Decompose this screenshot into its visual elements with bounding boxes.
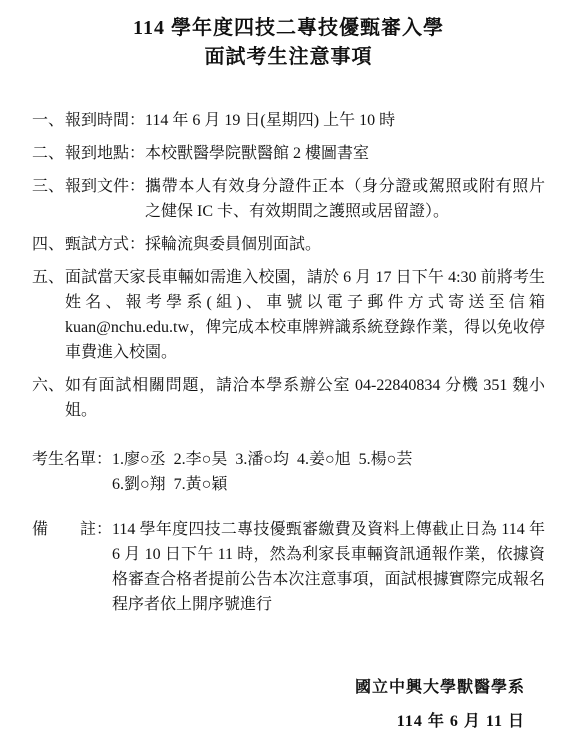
roster-line-1: 1.廖○丞 2.李○昊 3.潘○均 4.姜○旭 5.楊○芸 <box>112 447 545 472</box>
item-label: 報到時間： <box>65 108 145 133</box>
item-number: 二、 <box>32 141 65 166</box>
footer-date: 114 年 6 月 11 日 <box>32 705 525 739</box>
document-title: 114 學年度四技二專技優甄審入學 面試考生注意事項 <box>32 14 545 72</box>
footer: 國立中興大學獸醫學系 114 年 6 月 11 日 <box>32 671 545 739</box>
notice-item-5: 五、 面試當天家長車輛如需進入校園，請於 6 月 17 日下午 4:30 前將考… <box>32 265 545 365</box>
note-label-char-1: 備 <box>32 517 48 617</box>
title-line-2: 面試考生注意事項 <box>205 46 373 68</box>
notice-item-1: 一、 報到時間： 114 年 6 月 19 日(星期四) 上午 10 時 <box>32 108 545 133</box>
roster-line-2: 6.劉○翔 7.黃○穎 <box>112 472 545 497</box>
note-row: 備 註： 114 學年度四技二專技優甄審繳費及資料上傳截止日為 114 年 6 … <box>32 517 545 617</box>
document-page: 114 學年度四技二專技優甄審入學 面試考生注意事項 一、 報到時間： 114 … <box>0 0 580 744</box>
item-number: 三、 <box>32 174 65 224</box>
item-body: 如有面試相關問題，請洽本學系辦公室 04-22840834 分機 351 魏小姐… <box>65 373 545 423</box>
roster-names: 1.廖○丞 2.李○昊 3.潘○均 4.姜○旭 5.楊○芸 6.劉○翔 7.黃○… <box>112 447 545 497</box>
title-line-1: 114 學年度四技二專技優甄審入學 <box>133 17 444 39</box>
item-body: 採輪流與委員個別面試。 <box>145 232 545 257</box>
notice-item-4: 四、 甄試方式： 採輪流與委員個別面試。 <box>32 232 545 257</box>
item-body: 面試當天家長車輛如需進入校園，請於 6 月 17 日下午 4:30 前將考生姓名… <box>65 265 545 365</box>
item-body: 本校獸醫學院獸醫館 2 樓圖書室 <box>145 141 545 166</box>
note-label-char-2: 註： <box>80 517 112 617</box>
item-number: 四、 <box>32 232 65 257</box>
roster-row: 考生名單： 1.廖○丞 2.李○昊 3.潘○均 4.姜○旭 5.楊○芸 6.劉○… <box>32 447 545 497</box>
item-label: 報到地點： <box>65 141 145 166</box>
notice-item-2: 二、 報到地點： 本校獸醫學院獸醫館 2 樓圖書室 <box>32 141 545 166</box>
notice-item-6: 六、 如有面試相關問題，請洽本學系辦公室 04-22840834 分機 351 … <box>32 373 545 423</box>
item-number: 六、 <box>32 373 65 423</box>
item-number: 五、 <box>32 265 65 365</box>
notice-list: 一、 報到時間： 114 年 6 月 19 日(星期四) 上午 10 時 二、 … <box>32 108 545 423</box>
item-label: 甄試方式： <box>65 232 145 257</box>
notice-item-3: 三、 報到文件： 攜帶本人有效身分證件正本（身分證或駕照或附有照片之健保 IC … <box>32 174 545 224</box>
item-number: 一、 <box>32 108 65 133</box>
note-label: 備 註： <box>32 517 112 617</box>
note-body: 114 學年度四技二專技優甄審繳費及資料上傳截止日為 114 年 6 月 10 … <box>112 517 545 617</box>
roster-label: 考生名單： <box>32 447 112 497</box>
item-body: 114 年 6 月 19 日(星期四) 上午 10 時 <box>145 108 545 133</box>
item-body: 攜帶本人有效身分證件正本（身分證或駕照或附有照片之健保 IC 卡、有效期間之護照… <box>145 174 545 224</box>
footer-department: 國立中興大學獸醫學系 <box>32 671 525 705</box>
item-label: 報到文件： <box>65 174 145 224</box>
